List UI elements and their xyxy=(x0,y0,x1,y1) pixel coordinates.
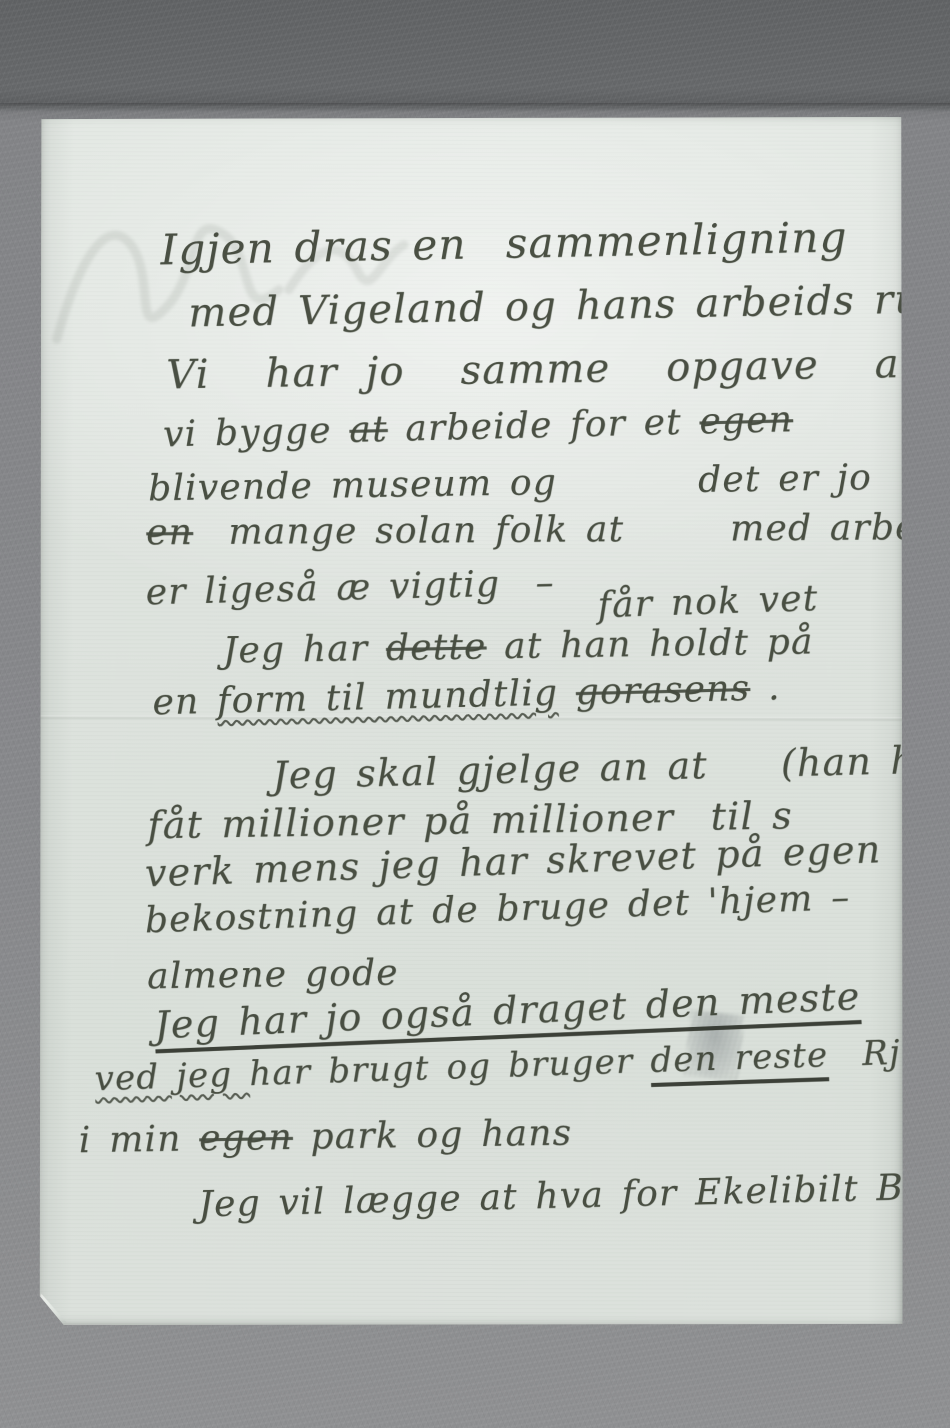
handwriting-layer: Igjen dras en sammenligningmed Vigeland … xyxy=(37,115,906,1327)
handwritten-line: en mange solan folk at med arbei xyxy=(146,508,930,553)
gray-felt-backdrop: Igjen dras en sammenligningmed Vigeland … xyxy=(0,0,950,1428)
struck-word: en xyxy=(146,512,193,553)
handwriting-text: mange solan folk at med arbei xyxy=(193,507,931,553)
handwritten-line: vi bygge at arbeide for et egen xyxy=(163,400,794,455)
handwriting-text: form til mundtlig xyxy=(217,673,559,722)
handwritten-line: almene gode xyxy=(147,953,399,996)
handwriting-text: Jeg har xyxy=(222,628,386,672)
handwriting-text: vi bygge xyxy=(163,410,350,455)
handwritten-line: med Vigeland og hans arbeids rum xyxy=(188,277,950,336)
handwriting-text: . xyxy=(750,667,781,709)
manuscript-page: Igjen dras en sammenligningmed Vigeland … xyxy=(37,115,906,1327)
struck-word: dette xyxy=(386,626,487,669)
handwriting-text: blivende museum og det er jo xyxy=(148,457,872,509)
struck-word: gorasens xyxy=(575,668,750,713)
handwriting-text: i min xyxy=(78,1118,199,1161)
handwritten-line: Jeg skal gjelge an at (han har xyxy=(272,739,950,797)
struck-word: egen xyxy=(199,1117,293,1159)
handwriting-text: ved jeg xyxy=(94,1054,250,1099)
handwritten-line: Vi har jo samme opgave at xyxy=(166,342,917,398)
handwriting-text: Vi har jo samme opgave at xyxy=(166,341,917,399)
handwritten-line: blivende museum og det er jo xyxy=(148,458,872,509)
handwritten-line: Jeg har dette at han holdt på xyxy=(222,622,813,671)
backdrop-seam xyxy=(0,103,950,107)
handwriting-text: Rj xyxy=(828,1033,902,1075)
archival-photo-page: { "photo": { "backdrop_color": "#87888b"… xyxy=(0,0,950,1428)
handwritten-line: Jeg vil lægge at hva for Ekelibilt Ball xyxy=(198,1167,950,1225)
handwriting-text: med Vigeland og hans arbeids rum xyxy=(188,276,950,337)
struck-word: at xyxy=(349,409,388,451)
handwritten-line: en form til mundtlig gorasens . xyxy=(152,668,781,723)
handwriting-text: får nok vet xyxy=(597,578,819,626)
handwriting-text: har brugt og bruger xyxy=(249,1041,651,1094)
handwritten-line: Igjen dras en sammenligning xyxy=(160,214,848,273)
handwriting-text: en xyxy=(152,681,218,724)
handwritten-line: i min egen park og hans xyxy=(78,1114,572,1161)
handwriting-text: Jeg vil lægge at hva for Ekelibilt Ball xyxy=(198,1166,950,1225)
handwriting-text: park og hans xyxy=(293,1113,573,1158)
handwriting-text: er ligeså æ vigtig – xyxy=(145,562,555,613)
handwriting-text: Jeg skal gjelge an at (han har xyxy=(272,737,950,798)
handwriting-text: almene gode xyxy=(147,952,399,997)
handwritten-line: får nok vet xyxy=(597,579,819,626)
handwriting-text: arbeide for et xyxy=(387,401,700,449)
handwriting-text: den reste xyxy=(650,1035,829,1081)
struck-word: egen xyxy=(699,399,794,442)
handwritten-line: er ligeså æ vigtig – xyxy=(145,563,555,612)
handwriting-text: Igjen dras en sammenligning xyxy=(160,212,848,274)
handwriting-text: at han holdt på xyxy=(486,621,814,667)
handwriting-text xyxy=(558,672,577,713)
